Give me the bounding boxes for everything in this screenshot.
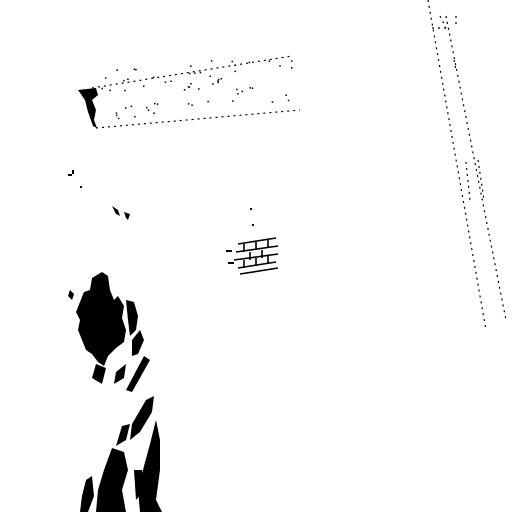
binarized-photo (0, 0, 512, 512)
